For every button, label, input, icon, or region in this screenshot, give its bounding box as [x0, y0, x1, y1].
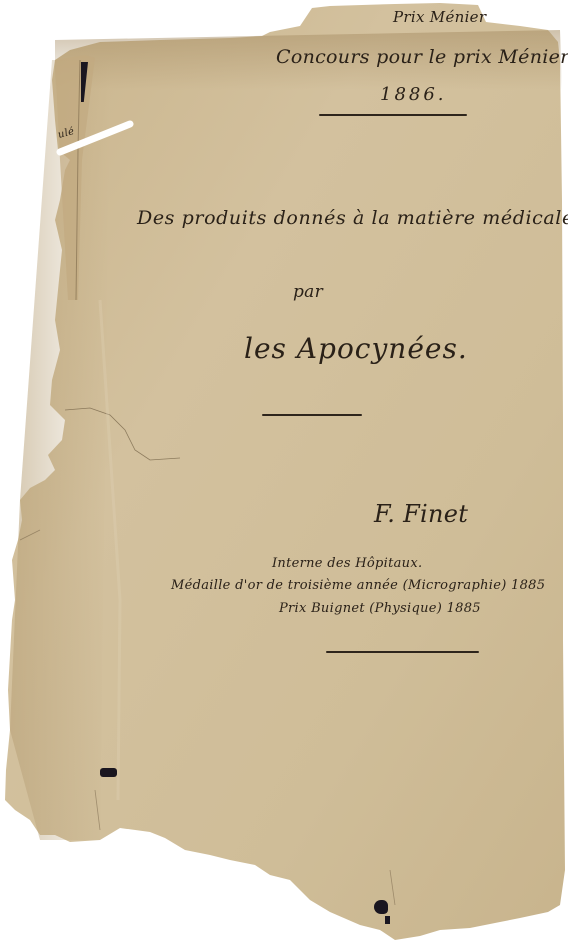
paper-hole	[385, 916, 390, 924]
title-line-1: Des produits donnés à la matière médical…	[137, 207, 568, 229]
competition-year: 1886.	[380, 84, 447, 105]
tab-note: Prix Ménier	[393, 8, 486, 26]
title-line-2: les Apocynées.	[244, 332, 468, 365]
author-award-1: Médaille d'or de troisième année (Microg…	[171, 578, 545, 593]
ink-blot	[100, 768, 117, 777]
author-award-2: Prix Buignet (Physique) 1885	[279, 601, 481, 616]
author-signature: F. Finet	[374, 500, 468, 528]
author-position: Interne des Hôpitaux.	[272, 556, 422, 571]
paper-sheet	[0, 0, 568, 948]
competition-line: Concours pour le prix Ménier.	[276, 46, 568, 68]
paper-hole	[374, 900, 388, 914]
title-rule	[262, 414, 362, 416]
title-by: par	[293, 282, 323, 302]
header-rule	[319, 114, 467, 116]
author-rule	[326, 651, 479, 653]
scanned-document: ulé Prix Ménier Concours pour le prix Mé…	[0, 0, 568, 948]
